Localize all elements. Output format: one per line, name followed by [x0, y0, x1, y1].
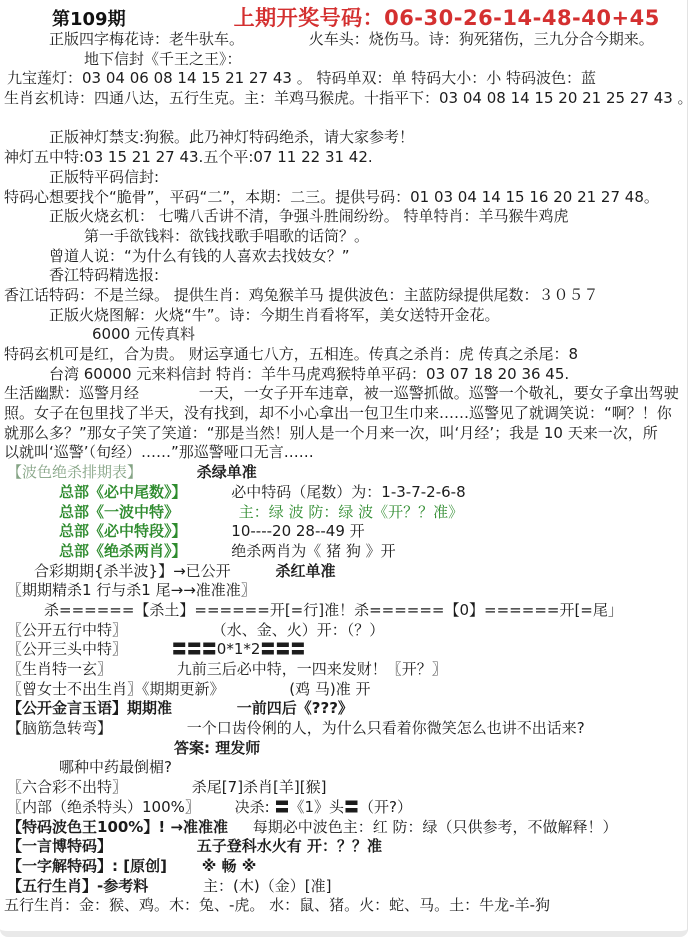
internal-kill-head-label: 〖内部（绝杀特头）100%〗 [7, 798, 200, 816]
sheet-header: 第109期 上期开奖号码：06-30-26-14-48-40+45 [4, 6, 683, 30]
issue-number: 第109期 [52, 8, 126, 32]
color-king-label: 【特码波色王100%】! →准准准 [7, 818, 228, 836]
five-element-ref-value: 主：(木)（金）[准] [203, 877, 331, 895]
five-element-value: （水、金、火）开：（？） [212, 621, 385, 639]
five-element-line: 〖公开五行中特〗 （水、金、火）开：（？） [4, 621, 683, 641]
hq-tail-value: 必中特码（尾数）为：1-3-7-2-6-8 [231, 483, 465, 501]
five-element-ref-label: 【五行生肖】-参考料 [7, 877, 148, 895]
five-element-ref-line: 【五行生肖】-参考料 主：(木)（金）[准] [4, 877, 683, 897]
no-special-value: 杀尾[7]杀肖[羊][猴] [192, 778, 327, 796]
teaser-question2-text: 哪种中药最倒楣? [59, 758, 172, 776]
fire-diagram-text: 正版火烧图解：火烧“牛”。诗：今期生肖看将军，美女送特开金花。 [49, 306, 500, 324]
color-kill-table-line: 【波色绝杀排期表】 杀绿单准 [4, 463, 683, 483]
three-head-line: 〖公开三头中特〗 〓〓〓0*1*2〓〓〓 [4, 640, 683, 660]
zodiac-mystery-line: 生肖玄机诗：四通八达，五行生克。主：羊鸡马猴虎。十指平下：03 04 08 14… [4, 89, 683, 109]
teaser-question2-line: 哪种中药最倒楣? [4, 758, 683, 778]
kill-formula-line: 杀======【杀土】======开[=行]准！杀======【0】======… [4, 601, 683, 621]
zodiac-one-mystery-line: 〖生肖特一玄〗 九前三后必中特，一四来发财！〖开？〗 [4, 660, 683, 680]
one-char-special-label: 【一字解特码】: [原创] [7, 857, 167, 875]
madam-zeng-label: 〖曾女士不出生肖〗《期期更新》 [7, 680, 225, 698]
brain-teaser-line: 【脑筋急转弯】 一个口齿伶俐的人，为什么只看着你微笑怎么也讲不出话来? [4, 719, 683, 739]
humor-story-3: 就那么多？”那女子笑了笑道：“那是当然！别人是一个月来一次，叫‘月经’；我是 1… [4, 424, 658, 442]
plum-poem-value: 火车头：烧伤马。诗：狗死猪伤，三九分合今期来。 [309, 30, 654, 48]
madam-zeng-value: (鸡 马)准 开 [289, 680, 370, 698]
brain-teaser-question: 一个口齿伶俐的人，为什么只看着你微笑怎么也讲不出话来? [187, 719, 585, 737]
color-king-value: 每期必中波色主：红 防：绿（只供参考，不做解释！） [253, 818, 618, 836]
special-code-hint-text: 特码心想要找个“脆骨”，平码“二”，本期：二三。提供号码：01 03 04 14… [4, 188, 659, 206]
last-draw-numbers: 上期开奖号码：06-30-26-14-48-40+45 [234, 6, 660, 30]
internal-kill-head-line: 〖内部（绝杀特头）100%〗 决杀: 〓《1》头〓（开?） [4, 798, 683, 818]
nine-treasure-lamp-line: 九宝莲灯：03 04 06 08 14 15 21 27 43 。 特码单双：单… [4, 69, 683, 89]
one-word-special-label: 【一言博特码】 [7, 837, 112, 855]
hq-kill-two-value: 绝杀两肖为《 猪 狗 》开 [231, 542, 395, 560]
golden-words-label: 【公开金言玉语】期期准 [7, 699, 172, 717]
kill-half-wave-value: 杀红单准 [275, 562, 335, 580]
spirit-lamp-ban-line: 正版神灯禁支:狗猴。此乃神灯特码绝杀，请大家参考！ [4, 128, 683, 148]
three-head-label: 〖公开三头中特〗 [7, 640, 127, 658]
hq-segment-line: 总部《必中特段》】 10----20 28--49 开 [4, 522, 683, 542]
lottery-tip-sheet: 第109期 上期开奖号码：06-30-26-14-48-40+45 正版四字梅花… [0, 0, 688, 937]
nine-treasure-lamp-text: 九宝莲灯：03 04 06 08 14 15 21 27 43 。 特码单双：单… [7, 69, 596, 87]
zodiac-one-mystery-label: 〖生肖特一玄〗 [7, 660, 112, 678]
first-money-clue-line: 第一手欲钱料：欲钱找歌手唱歌的话筒？。 [4, 227, 683, 247]
zengdaoren-quote-line: 曾道人说：“为什么有钱的人喜欢去找妓女？” [4, 247, 683, 267]
spirit-lamp-five-text: 神灯五中特:03 15 21 27 43.五个平:07 11 22 31 42. [4, 148, 373, 166]
hongkong-special-text: 香江话特码：不是兰绿。 提供生肖：鸡兔猴羊马 提供波色：主蓝防绿提供尾数：３０５… [4, 286, 599, 304]
humor-story-start: 一天，一女子开车违章，被一巡警抓做。巡警一个敬礼，要女子拿出驾驶 [199, 384, 679, 402]
brain-teaser-label: 【脑筋急转弯】 [7, 719, 112, 737]
hongkong-report-title-line: 香江特码精选报: [4, 266, 683, 286]
humor-line-4: 以就叫‘巡警’（旬经）……”那巡警哑口无言…… [4, 443, 683, 463]
humor-line-1: 生活幽默：巡警月经 一天，一女子开车违章，被一巡警抓做。巡警一个敬礼，要女子拿出… [4, 384, 683, 404]
hq-segment-value: 10----20 28--49 开 [231, 522, 364, 540]
fire-mystery-text: 正版火烧玄机： 七嘴八舌讲不清，争强斗胜闹纷纷。 特单特肖：羊马猴牛鸡虎 [49, 207, 569, 225]
one-char-special-line: 【一字解特码】: [原创] ※ 畅 ※ [4, 857, 683, 877]
color-king-line: 【特码波色王100%】! →准准准 每期必中波色主：红 防：绿（只供参考，不做解… [4, 818, 683, 838]
flat-code-letter-text: 正版特平码信封: [49, 168, 159, 186]
hq-segment-label: 总部《必中特段》】 [59, 522, 187, 540]
zengdaoren-quote-text: 曾道人说：“为什么有钱的人喜欢去找妓女？” [49, 247, 350, 265]
five-element-label: 〖公开五行中特〗 [7, 621, 127, 639]
one-word-special-line: 【一言博特码】 五子登科水火有 开：？？准 [4, 837, 683, 857]
kill-half-wave-line: 合彩期期{杀半波}】→已公开 杀红单准 [4, 562, 683, 582]
teaser-answer-line: 答案: 理发师 [4, 739, 683, 759]
spirit-lamp-five-line: 神灯五中特:03 15 21 27 43.五个平:07 11 22 31 42. [4, 148, 683, 168]
fax-material-text: 6000 元传真料 [92, 325, 195, 343]
hq-tail-label: 总部《必中尾数》】 [59, 483, 187, 501]
humor-story-4: 以就叫‘巡警’（旬经）……”那巡警哑口无言…… [4, 443, 314, 461]
hq-tail-line: 总部《必中尾数》】 必中特码（尾数）为：1-3-7-2-6-8 [4, 483, 683, 503]
plum-poem-label: 正版四字梅花诗：老牛驮车。 [49, 30, 244, 48]
color-kill-table-value: 杀绿单准 [197, 463, 257, 481]
taiwan-letter-text: 台湾 60000 元来料信封 特肖：羊牛马虎鸡猴特单平码：03 07 18 20… [49, 365, 569, 383]
no-special-label: 〖六合彩不出特〗 [7, 778, 127, 796]
fax-material-line: 6000 元传真料 [4, 325, 683, 345]
plum-poem-line: 正版四字梅花诗：老牛驮车。 火车头：烧伤马。诗：狗死猪伤，三九分合今期来。 [4, 30, 683, 50]
one-char-special-value: ※ 畅 ※ [202, 857, 257, 875]
fire-diagram-line: 正版火烧图解：火烧“牛”。诗：今期生肖看将军，美女送特开金花。 [4, 306, 683, 326]
one-word-special-value: 五子登科水火有 开：？？准 [197, 837, 382, 855]
underground-letter-label: 地下信封《千王之王》： [84, 50, 242, 68]
three-head-value: 〓〓〓0*1*2〓〓〓 [172, 640, 306, 658]
special-mystery-line: 特码玄机可是红，合为贵。 财运享通七八方，五相连。传真之杀肖：虎 传真之杀尾：8 [4, 345, 683, 365]
spirit-lamp-ban-text: 正版神灯禁支:狗猴。此乃神灯特码绝杀，请大家参考！ [49, 128, 414, 146]
hq-wave-value: 主：绿 波 防：绿 波《开？？准》 [239, 503, 463, 521]
internal-kill-head-value: 决杀: 〓《1》头〓（开?） [235, 798, 412, 816]
golden-words-value: 一前四后《???》 [237, 699, 353, 717]
first-money-clue-text: 第一手欲钱料：欲钱找歌手唱歌的话筒？。 [84, 227, 369, 245]
no-special-line: 〖六合彩不出特〗 杀尾[7]杀肖[羊][猴] [4, 778, 683, 798]
kill-formula-text: 杀======【杀土】======开[=行]准！杀======【0】======… [44, 601, 623, 619]
kill-half-wave-label: 合彩期期{杀半波}】→已公开 [34, 562, 231, 580]
special-mystery-text: 特码玄机可是红，合为贵。 财运享通七八方，五相连。传真之杀肖：虎 传真之杀尾：8 [4, 345, 578, 363]
humor-story-2: 照。女子在包里找了半天，没有找到，却不小心拿出一包卫生巾来……巡警见了就调笑说：… [4, 404, 672, 422]
precise-kill-title-text: 〖期期精杀1 行与杀1 尾→→准准准〗 [7, 581, 256, 599]
hq-wave-line: 总部《一波中特》 主：绿 波 防：绿 波《开？？准》 [4, 503, 683, 523]
taiwan-letter-line: 台湾 60000 元来料信封 特肖：羊牛马虎鸡猴特单平码：03 07 18 20… [4, 365, 683, 385]
five-element-zodiac-text: 五行生肖：金：猴、鸡。木：兔、-虎。 水：鼠、猪。火：蛇、马。土：牛龙-羊-狗 [4, 896, 550, 914]
zodiac-mystery-text: 生肖玄机诗：四通八达，五行生克。主：羊鸡马猴虎。十指平下：03 04 08 14… [4, 89, 688, 107]
five-element-zodiac-line: 五行生肖：金：猴、鸡。木：兔、-虎。 水：鼠、猪。火：蛇、马。土：牛龙-羊-狗 [4, 896, 683, 916]
humor-title: 生活幽默：巡警月经 [4, 384, 139, 402]
humor-line-2: 照。女子在包里找了半天，没有找到，却不小心拿出一包卫生巾来……巡警见了就调笑说：… [4, 404, 683, 424]
hongkong-report-title-text: 香江特码精选报: [49, 266, 159, 284]
madam-zeng-line: 〖曾女士不出生肖〗《期期更新》 (鸡 马)准 开 [4, 680, 683, 700]
underground-letter-line: 地下信封《千王之王》： [4, 50, 683, 70]
hq-kill-two-label: 总部《绝杀两肖》】 [59, 542, 187, 560]
flat-code-letter-line: 正版特平码信封: [4, 168, 683, 188]
zodiac-one-mystery-value: 九前三后必中特，一四来发财！〖开？〗 [177, 660, 447, 678]
spacer-line [4, 109, 683, 129]
hq-wave-label: 总部《一波中特》 [59, 503, 179, 521]
color-kill-table-label: 【波色绝杀排期表】 [7, 463, 142, 481]
precise-kill-title-line: 〖期期精杀1 行与杀1 尾→→准准准〗 [4, 581, 683, 601]
hongkong-special-line: 香江话特码：不是兰绿。 提供生肖：鸡兔猴羊马 提供波色：主蓝防绿提供尾数：３０５… [4, 286, 683, 306]
hq-kill-two-line: 总部《绝杀两肖》】 绝杀两肖为《 猪 狗 》开 [4, 542, 683, 562]
golden-words-line: 【公开金言玉语】期期准 一前四后《???》 [4, 699, 683, 719]
humor-line-3: 就那么多？”那女子笑了笑道：“那是当然！别人是一个月来一次，叫‘月经’；我是 1… [4, 424, 683, 444]
teaser-answer-text: 答案: 理发师 [174, 739, 260, 757]
fire-mystery-line: 正版火烧玄机： 七嘴八舌讲不清，争强斗胜闹纷纷。 特单特肖：羊马猴牛鸡虎 [4, 207, 683, 227]
special-code-hint-line: 特码心想要找个“脆骨”，平码“二”，本期：二三。提供号码：01 03 04 14… [4, 188, 683, 208]
